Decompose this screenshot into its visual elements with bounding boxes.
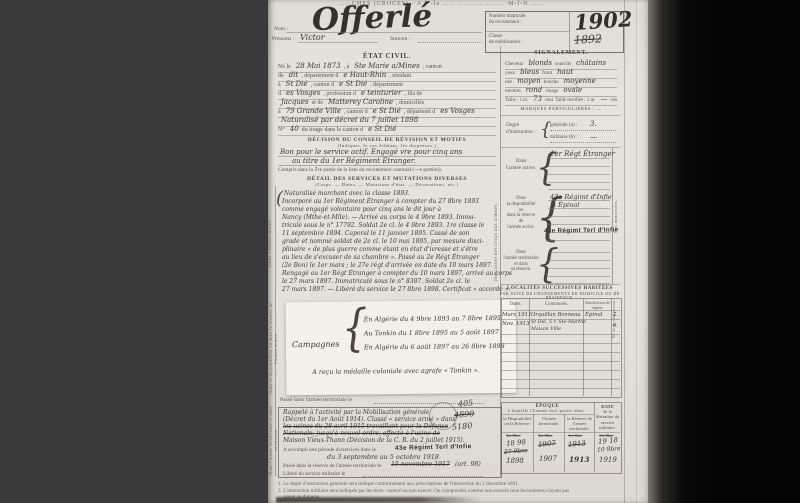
document-page: ……CHES (CROCES) · A f°-la ……………………… M-l-… <box>268 0 652 503</box>
services-line: 11 septembre 1894. Caporal le 11 janvier… <box>282 230 469 238</box>
services-line: Rengagé au 1er Régt Étranger à compter d… <box>282 270 512 278</box>
decision-hand-1: Bon pour le service actif. Engagé vre po… <box>280 148 462 156</box>
reserve-hand: 15 novembre 1917 <box>391 461 450 469</box>
ruled-line <box>548 260 610 261</box>
ruled-line <box>501 352 620 353</box>
services-line: triculé sous le n° 17792. Soldat 2e cl. … <box>282 222 484 230</box>
localites-row-commune: St Dié, 5 r. Ste-Marthe <box>531 320 586 325</box>
reserve-printed: Passé dans la réserve de l'armée territo… <box>283 462 381 470</box>
ruled-line <box>550 142 616 143</box>
localites-row-subdiv: Épinal <box>585 312 603 318</box>
epoque-value: 1913 <box>569 455 590 464</box>
corps-active-value: 1er Régt Étranger <box>550 150 615 158</box>
epoque-col2-header: l'Armée territoriale. <box>534 416 564 426</box>
corps-reserve-label: Dansla disponibilité oudans la réserve d… <box>503 196 539 231</box>
stray-number: 4890 <box>454 409 475 419</box>
epoque-value: 1919 <box>599 456 617 464</box>
etat-civil-line: N°40du tirage dans le canton de St Dié <box>278 125 496 136</box>
localites-row-date: Mars 1911 <box>502 312 532 318</box>
signalement-title: SIGNALEMENT. <box>502 50 620 56</box>
ruled-line <box>548 268 610 269</box>
localites-title: LOCALITÉS SUCCESSIVES HABITÉES <box>500 286 620 291</box>
ruled-line <box>548 252 610 253</box>
ruled-line <box>548 208 610 209</box>
ruled-line <box>548 276 610 277</box>
decision-hand-2: au titre du 1er Régiment Étranger. <box>292 157 416 165</box>
degre-militaire-value: — <box>590 133 597 141</box>
decision-compris-line: Compris dans la 1re partie de la liste d… <box>278 167 442 173</box>
classe-label: Classede mobilisation : <box>489 34 523 46</box>
ruled-line <box>548 224 610 225</box>
libere-rule <box>363 476 483 477</box>
campagnes-line: En Algérie du 4 9bre 1893 au 7 8bre 1895 <box>364 314 501 323</box>
exercices-dates-hand: du 3 septembre au 5 octobre 1918 <box>327 453 439 461</box>
services-line: Nancy (Mthe-et-Mlle). — Arrivé au corps … <box>282 214 476 222</box>
localites-row-num: 2. <box>613 312 618 318</box>
margin-label-disponibilite: Dans la disponibilité ou dans la réserve… <box>268 300 278 396</box>
section-rule <box>500 147 620 148</box>
ruled-line <box>501 343 620 344</box>
localites-col1-header: Dates. <box>502 302 529 307</box>
libere-printed: Libéré du service militaire le <box>283 470 345 478</box>
epoque-printed-date: 1er 8bre <box>538 433 553 438</box>
section-rule <box>500 115 620 116</box>
services-subtitle: (Corps. — Dates. — Mutations d'état. — D… <box>276 182 498 187</box>
localites-row-commune: Orquillan Bonneau <box>531 312 581 318</box>
margin-label-armee-active: Dans l'armée active. <box>268 190 273 296</box>
services-line: (2e Bon) le 1er mars ; le 27e régt d'arr… <box>282 262 493 270</box>
degre-generale-label: générale (a) : <box>550 122 577 128</box>
surnom-rule <box>418 42 482 43</box>
epoque-value: 1907 <box>539 455 557 463</box>
bottom-smudge <box>276 497 481 503</box>
epoque-date-header: DATEde la libération du service militair… <box>595 404 620 430</box>
degre-generale-value: 3. <box>590 120 597 128</box>
ruled-line <box>501 319 620 320</box>
ruled-line <box>501 370 620 371</box>
field-prenoms-label: Prénoms : <box>272 36 294 42</box>
page-crease <box>624 0 625 503</box>
ruled-line <box>550 130 616 131</box>
ruled-line <box>501 379 620 380</box>
epoque-subtitle: à laquelle l'homme doit passer dans : <box>501 409 594 413</box>
reserve-note: (art. 98) <box>455 461 481 469</box>
classe-value: 1892 <box>574 32 603 46</box>
epoque-value: 1898 <box>506 457 524 465</box>
ruled-line <box>501 361 620 362</box>
matricule-box-divider <box>485 31 569 32</box>
services-line: au lieu de s'excuser de sa chambre ». Pa… <box>282 254 479 262</box>
ruled-line <box>548 174 610 175</box>
ruled-line <box>548 216 610 217</box>
corps-active-label: Dansl'armée active. <box>504 158 538 171</box>
epoque-header-rule <box>501 414 594 415</box>
ruled-line <box>548 158 610 159</box>
epoque-printed-date: 1er 8bre <box>568 433 583 438</box>
services-line: grade et nommé soldat de 2e cl. le 10 ma… <box>282 238 484 246</box>
prenoms-rule <box>298 42 378 43</box>
stray-number: 5180 <box>452 421 473 432</box>
ruled-line <box>548 182 610 183</box>
matricule-side-label: Nos matricules. <box>613 152 618 280</box>
campagnes-line: En Algérie du 6 août 1897 au 26 8bre 189… <box>364 342 505 351</box>
epoque-col1-header: la Disponibilité ou la Réserve. <box>502 416 533 426</box>
services-line: le 27 mars 1897. Immatriculé sous le n° … <box>282 278 470 286</box>
localites-header-rule <box>501 310 620 311</box>
section-rule <box>500 284 620 285</box>
territoriale-printed-line: Passé dans l'armée territoriale le <box>280 397 352 403</box>
corps-territoriale-brace: { <box>536 242 559 287</box>
page-crease <box>636 0 637 503</box>
localites-col2-header: Communes. <box>530 302 583 307</box>
corps-territoriale-label: Dansl'armée territoriale et danssa réser… <box>503 250 539 273</box>
degre-militaire-label: militaire (b) : <box>550 134 578 140</box>
services-line: comme engagé volontaire pour cinq ans le… <box>282 206 441 214</box>
epoque-value: 1913 <box>568 439 586 449</box>
signalement-taille: Taille : 1 m.73cent. Taille rectifiée : … <box>505 95 617 106</box>
localites-row-commune-2: Maison Ville <box>531 327 561 332</box>
field-prenoms-value: Victor <box>300 33 325 42</box>
ruled-line <box>548 200 610 201</box>
ruled-line <box>548 240 610 241</box>
ruled-line <box>501 334 620 335</box>
localites-row-date: Nov. 1913 <box>502 321 530 327</box>
localites-row-num: 6. <box>613 323 618 329</box>
epoque-col3-header: la Réserve de l'armée territoriale. <box>565 416 594 432</box>
ruled-line <box>501 388 620 389</box>
services-line: Naturalisé marchant avec la classe 1893. <box>284 190 410 198</box>
degre-label: Degréd'instruction : <box>506 122 536 135</box>
campagnes-note: A reçu la médaille coloniale avec agrafe… <box>312 366 479 376</box>
ruled-line <box>548 166 610 167</box>
campagnes-panel: Campagnes { En Algérie du 4 9bre 1893 au… <box>286 300 517 395</box>
services-side-note: Indication des corps aux armées. <box>494 190 499 294</box>
campagnes-label: Campagnes <box>292 340 340 349</box>
margin-label-territoriale: Dans l'armée territoriale et dans sa rés… <box>268 404 278 476</box>
etat-civil-title: ÉTAT CIVIL. <box>276 52 498 60</box>
stray-number: 405 <box>458 398 474 409</box>
ruled-line <box>278 165 496 166</box>
campagnes-line: Au Tonkin du 1 8bre 1895 au 5 août 1897 <box>364 328 499 337</box>
regiment-stamp: 43e Régimt Terl d'Infie <box>395 443 472 453</box>
services-line: 27 mars 1897. — Libéré du service le 27 … <box>282 286 510 294</box>
field-surnom-label: Surnom : <box>390 36 410 42</box>
background-right-dark <box>648 0 800 503</box>
matricule-label: Numéro matriculedu recrutement : <box>489 14 526 26</box>
matricule-box-vdivider <box>569 11 570 51</box>
footnote-1: 1. Le degré d'instruction générale sera … <box>278 481 618 487</box>
corps-reserve-stamp: 43e Régimt Terl d'Infie <box>544 226 619 234</box>
services-line: plinaire « de plus guerre comme étant en… <box>282 246 478 254</box>
localites-col-rule <box>583 298 584 396</box>
signalement-marques: MARQUES PARTICULIÈRES : — <box>502 106 620 111</box>
services-line: Incorporé au 1er Régiment Étranger à com… <box>282 198 479 206</box>
epoque-printed-date: 1er 8bre <box>506 433 521 438</box>
